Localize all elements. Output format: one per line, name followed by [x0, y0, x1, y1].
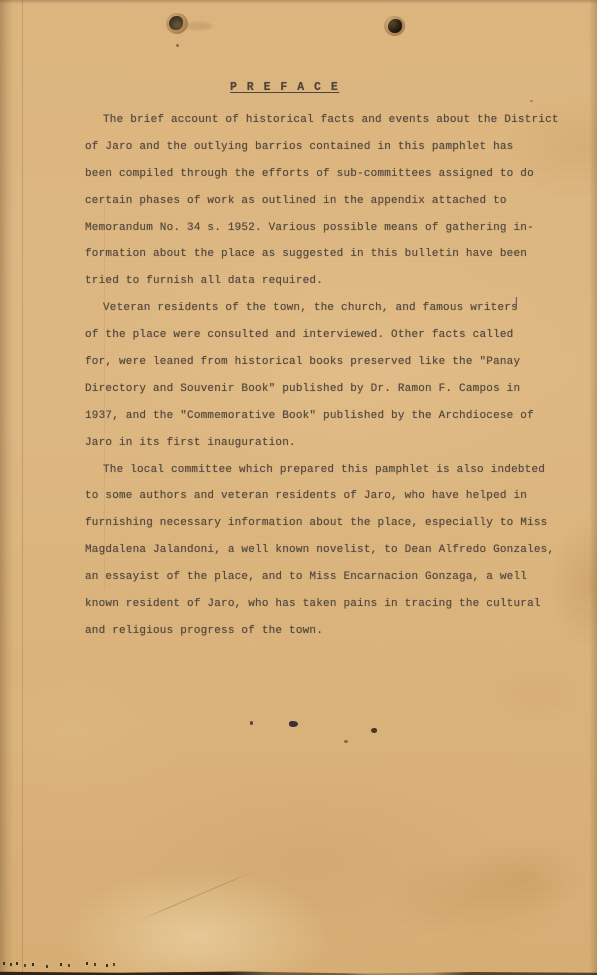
text-line: and religious progress of the town.	[85, 618, 555, 645]
punch-hole-right	[384, 16, 405, 36]
text-line: of the place were consulted and intervie…	[85, 322, 555, 349]
punch-hole-pit	[169, 16, 183, 30]
bottom-edge-ghost-marks	[3, 962, 5, 965]
text-line: an essayist of the place, and to Miss En…	[85, 564, 555, 591]
text-line: formation about the place as suggested i…	[85, 241, 555, 268]
text-line: 1937, and the "Commemorative Book" publi…	[85, 403, 555, 430]
page-top-edge-shadow	[0, 0, 597, 4]
text-line: for, were leaned from historical books p…	[85, 349, 555, 376]
text-line: The brief account of historical facts an…	[85, 107, 555, 134]
ink-speck	[371, 728, 377, 733]
bottom-fold-crease	[136, 871, 254, 922]
scanned-page: P R E F A C E The brief account of histo…	[0, 0, 597, 975]
text-line: The local committee which prepared this …	[85, 457, 555, 484]
page-right-edge-shadow	[589, 0, 597, 975]
ink-speck	[344, 740, 348, 743]
text-line: Directory and Souvenir Book" published b…	[85, 376, 555, 403]
punch-hole-smudge	[186, 22, 212, 30]
page-bottom-edge	[0, 970, 597, 975]
punch-hole-left	[166, 13, 188, 34]
text-line: of Jaro and the outlying barrios contain…	[85, 134, 555, 161]
text-line: Jaro in its first inauguration.	[85, 430, 555, 457]
ink-speck	[176, 44, 179, 47]
text-line: Magdalena Jalandoni, a well known noveli…	[85, 537, 555, 564]
text-line: certain phases of work as outlined in th…	[85, 188, 555, 215]
text-line: Veteran residents of the town, the churc…	[85, 295, 555, 322]
preface-document: P R E F A C E The brief account of histo…	[85, 81, 555, 645]
page-left-edge-shadow	[0, 0, 14, 975]
paragraph-1: The brief account of historical facts an…	[85, 107, 555, 295]
text-line: been compiled through the efforts of sub…	[85, 161, 555, 188]
text-line: to some authors and veteran residents of…	[85, 483, 555, 510]
punch-hole-pit	[388, 19, 402, 33]
stray-ink-mark: |	[513, 297, 520, 309]
text-line: known resident of Jaro, who has taken pa…	[85, 591, 555, 618]
page-title: P R E F A C E	[230, 81, 555, 94]
ink-speck	[250, 721, 253, 725]
ink-speck	[289, 721, 298, 727]
text-line: tried to furnish all data required.	[85, 268, 555, 295]
ink-speck	[530, 100, 533, 102]
vertical-crease-line	[22, 0, 23, 975]
paragraph-3: The local committee which prepared this …	[85, 457, 555, 645]
text-line: furnishing necessary information about t…	[85, 510, 555, 537]
text-line: Memorandum No. 34 s. 1952. Various possi…	[85, 215, 555, 242]
paragraph-2: Veteran residents of the town, the churc…	[85, 295, 555, 456]
